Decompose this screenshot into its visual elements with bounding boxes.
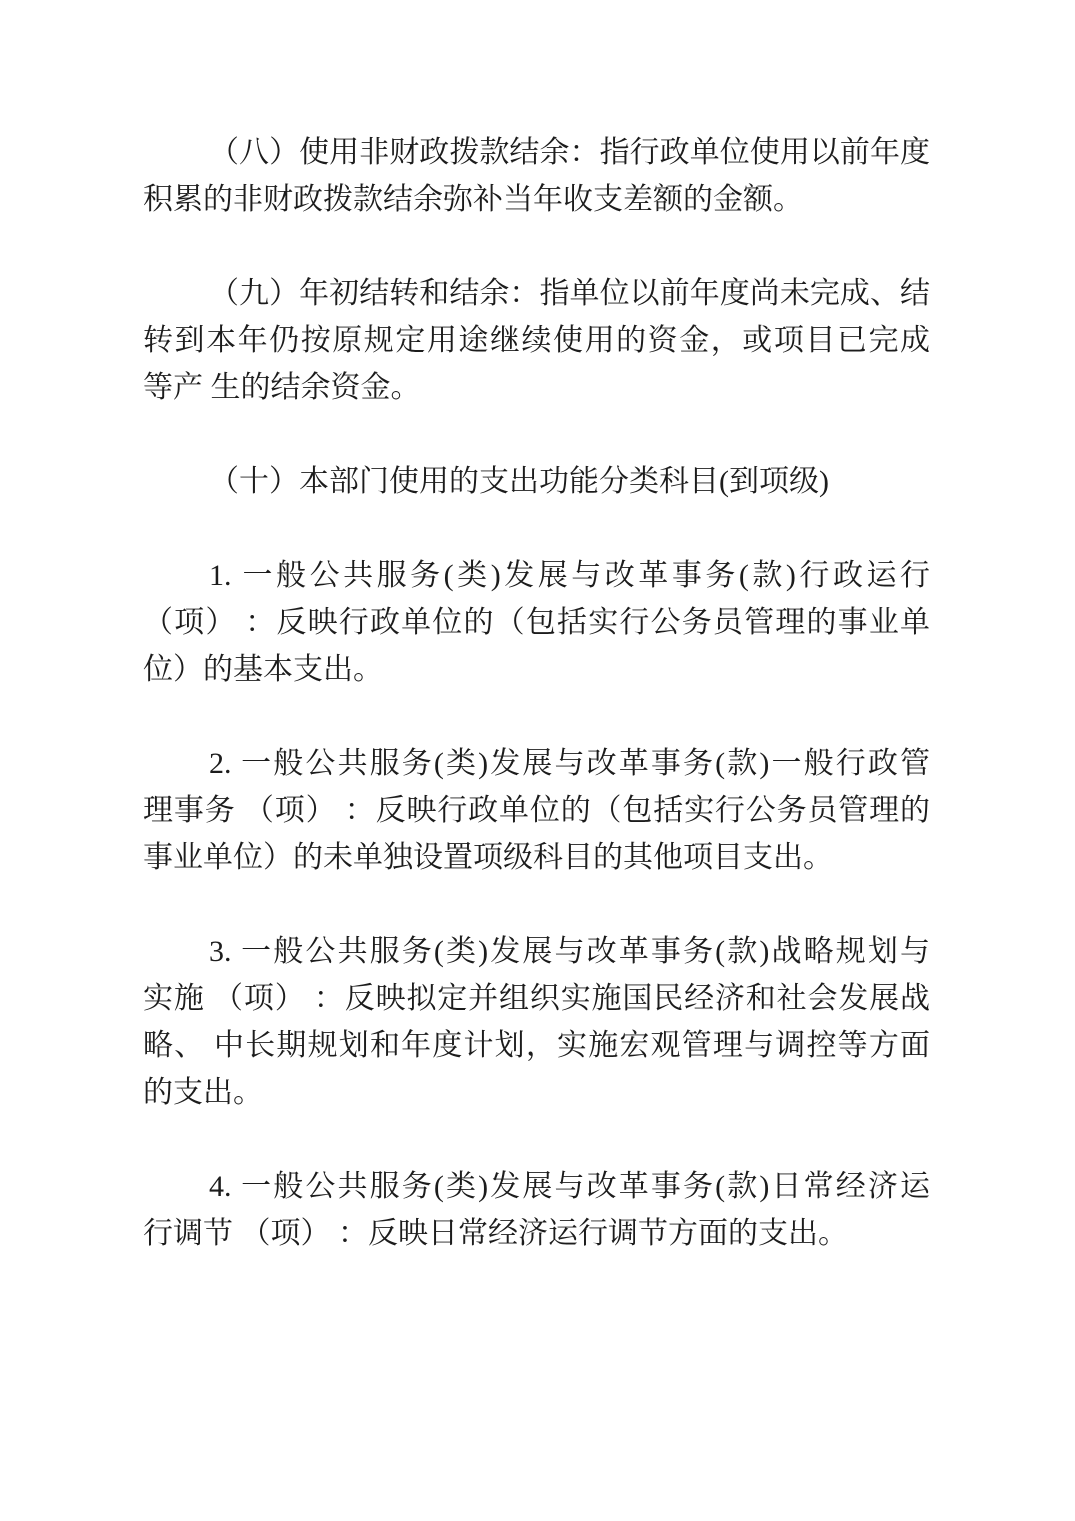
text-line: 3. 一般公共服务(类)发展与改革事务(款)战略规划与 — [143, 928, 930, 975]
text-line: 行调节 （项） ：反映日常经济运行调节方面的支出。 — [143, 1210, 930, 1257]
text-line: （十）本部门使用的支出功能分类科目(到项级) — [143, 458, 930, 505]
text-line: 事业单位）的未单独设置项级科目的其他项目支出。 — [143, 834, 930, 881]
paragraph-sub-item-4: 4. 一般公共服务(类)发展与改革事务(款)日常经济运 行调节 （项） ：反映日… — [143, 1163, 930, 1257]
paragraph-sub-item-1: 1. 一般公共服务(类)发展与改革事务(款)行政运行 （项） ：反映行政单位的（… — [143, 552, 930, 693]
paragraph-sub-item-2: 2. 一般公共服务(类)发展与改革事务(款)一般行政管 理事务 （项） ：反映行… — [143, 740, 930, 881]
text-line: （项） ：反映行政单位的（包括实行公务员管理的事业单 — [143, 599, 930, 646]
paragraph-item-8: （八）使用非财政拨款结余：指行政单位使用以前年度 积累的非财政拨款结余弥补当年收… — [143, 129, 930, 223]
paragraph-item-10: （十）本部门使用的支出功能分类科目(到项级) — [143, 458, 930, 505]
text-line: 2. 一般公共服务(类)发展与改革事务(款)一般行政管 — [143, 740, 930, 787]
paragraph-sub-item-3: 3. 一般公共服务(类)发展与改革事务(款)战略规划与 实施 （项） ：反映拟定… — [143, 928, 930, 1116]
text-line: 转到本年仍按原规定用途继续使用的资金，或项目已完成 — [143, 317, 930, 364]
text-line: 位）的基本支出。 — [143, 646, 930, 693]
document-page: （八）使用非财政拨款结余：指行政单位使用以前年度 积累的非财政拨款结余弥补当年收… — [143, 129, 930, 1257]
text-line: 等产 生的结余资金。 — [143, 364, 930, 411]
text-line: 实施 （项） ：反映拟定并组织实施国民经济和社会发展战 — [143, 975, 930, 1022]
text-line: 略、 中长期规划和年度计划，实施宏观管理与调控等方面 — [143, 1022, 930, 1069]
text-line: 积累的非财政拨款结余弥补当年收支差额的金额。 — [143, 176, 930, 223]
text-line: 的支出。 — [143, 1069, 930, 1116]
text-line: 4. 一般公共服务(类)发展与改革事务(款)日常经济运 — [143, 1163, 930, 1210]
text-line: （九）年初结转和结余：指单位以前年度尚未完成、结 — [143, 270, 930, 317]
text-line: （八）使用非财政拨款结余：指行政单位使用以前年度 — [143, 129, 930, 176]
paragraph-item-9: （九）年初结转和结余：指单位以前年度尚未完成、结 转到本年仍按原规定用途继续使用… — [143, 270, 930, 411]
text-line: 1. 一般公共服务(类)发展与改革事务(款)行政运行 — [143, 552, 930, 599]
text-line: 理事务 （项） ：反映行政单位的（包括实行公务员管理的 — [143, 787, 930, 834]
